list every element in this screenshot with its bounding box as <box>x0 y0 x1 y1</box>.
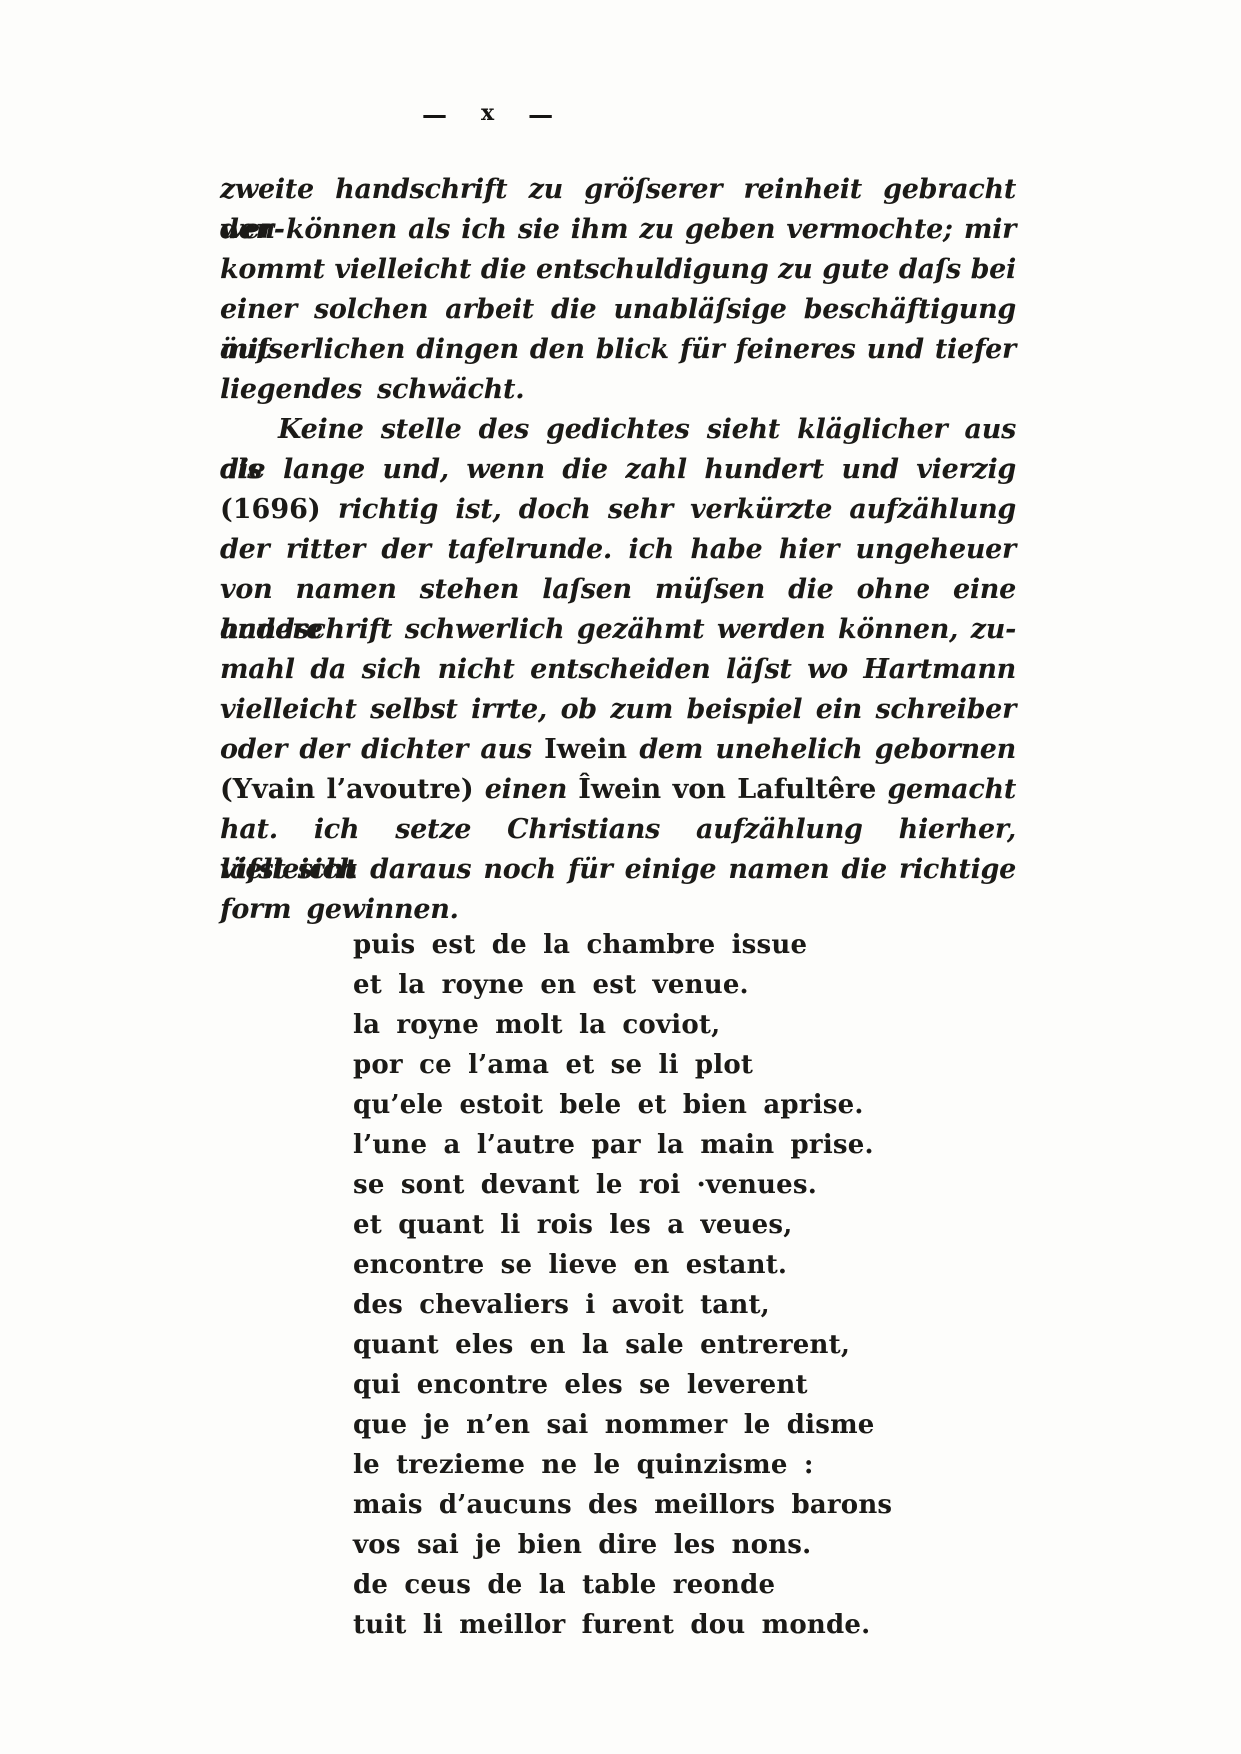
verse-line: et quant li rois les a veues, <box>353 1205 892 1245</box>
verse-line: qui encontre eles se leverent <box>353 1365 892 1405</box>
verse-line: puis est de la chambre issue <box>353 925 892 965</box>
text-line: Keine stelle des gedichtes sieht kläglic… <box>220 410 1016 450</box>
verse-line: des chevaliers i avoit tant, <box>353 1285 892 1325</box>
text-line: kommt vielleicht die entschuldigung zu g… <box>220 250 1016 290</box>
text-line: (Yvain l’avoutre) einen Îwein von Lafult… <box>220 770 1016 810</box>
header-dash-left: — <box>422 100 448 129</box>
verse-line: le trezieme ne le quinzisme : <box>353 1445 892 1485</box>
text-line: läſst sich daraus noch für einige namen … <box>220 850 1016 890</box>
text-line: der ritter der tafelrunde. ich habe hier… <box>220 530 1016 570</box>
text-line: handschrift schwerlich gezähmt werden kö… <box>220 610 1016 650</box>
verse-line: l’une a l’autre par la main prise. <box>353 1125 892 1165</box>
text-line: (1696) richtig ist, doch sehr verkürzte … <box>220 490 1016 530</box>
text-line: die lange und, wenn die zahl hundert und… <box>220 450 1016 490</box>
italic-text-segment: dem unehelich gebornen <box>627 734 1016 765</box>
italic-text-segment: einen <box>474 774 579 805</box>
page-number: x <box>481 100 495 126</box>
german-text-block: zweite handschrift zu gröſserer reinheit… <box>220 170 1016 930</box>
verse-line: qu’ele estoit bele et bien aprise. <box>353 1085 892 1125</box>
verse-line: se sont devant le roi ·venues. <box>353 1165 892 1205</box>
italic-text-segment: äuſserlichen dingen den blick für feiner… <box>220 334 1016 365</box>
german-paragraph-2: Keine stelle des gedichtes sieht kläglic… <box>220 410 1016 930</box>
verse-line: de ceus de la table reonde <box>353 1565 892 1605</box>
verse-line: por ce l’ama et se li plot <box>353 1045 892 1085</box>
text-line: oder der dichter aus Iwein dem unehelich… <box>220 730 1016 770</box>
text-line: vielleicht selbst irrte, ob zum beispiel… <box>220 690 1016 730</box>
text-line: hat. ich setze Christians aufzählung hie… <box>220 810 1016 850</box>
verse-line: la royne molt la coviot, <box>353 1005 892 1045</box>
text-line: einer solchen arbeit die unabläſsige bes… <box>220 290 1016 330</box>
header-dash-right: — <box>528 100 554 129</box>
italic-text-segment: gemacht <box>876 774 1016 805</box>
roman-text-segment: Îwein von Lafultêre <box>578 774 876 805</box>
italic-text-segment: form gewinnen. <box>220 894 459 925</box>
french-verse-block: puis est de la chambre issueet la royne … <box>353 925 892 1645</box>
text-line: zweite handschrift zu gröſserer reinheit… <box>220 170 1016 210</box>
roman-text-segment: (1696) <box>220 494 321 525</box>
italic-text-segment: richtig ist, doch sehr verkürzte aufzähl… <box>321 494 1016 525</box>
roman-text-segment: (Yvain l’avoutre) <box>220 774 474 805</box>
german-paragraph-1: zweite handschrift zu gröſserer reinheit… <box>220 170 1016 410</box>
italic-text-segment: den können als ich sie ihm zu geben verm… <box>220 214 1016 245</box>
italic-text-segment: oder der dichter aus <box>220 734 544 765</box>
page-header: — x — <box>422 100 554 129</box>
italic-text-segment: handschrift schwerlich gezähmt werden kö… <box>220 614 1016 645</box>
book-page: — x — zweite handschrift zu gröſserer re… <box>0 0 1241 1754</box>
italic-text-segment: läſst sich daraus noch für einige namen … <box>220 854 1016 885</box>
italic-text-segment: mahl da sich nicht entscheiden läſst wo … <box>220 654 1016 685</box>
verse-line: encontre se lieve en estant. <box>353 1245 892 1285</box>
verse-line: que je n’en sai nommer le disme <box>353 1405 892 1445</box>
text-line: den können als ich sie ihm zu geben verm… <box>220 210 1016 250</box>
text-line: von namen stehen laſsen müſsen die ohne … <box>220 570 1016 610</box>
roman-text-segment: Iwein <box>544 734 627 765</box>
italic-text-segment: vielleicht selbst irrte, ob zum beispiel… <box>220 694 1016 725</box>
italic-text-segment: kommt vielleicht die entschuldigung zu g… <box>220 254 1016 285</box>
verse-line: vos sai je bien dire les nons. <box>353 1525 892 1565</box>
text-line: form gewinnen. <box>220 890 1016 930</box>
italic-text-segment: der ritter der tafelrunde. ich habe hier… <box>220 534 1016 565</box>
italic-text-segment: liegendes schwächt. <box>220 374 524 405</box>
text-line: äuſserlichen dingen den blick für feiner… <box>220 330 1016 370</box>
text-line: liegendes schwächt. <box>220 370 1016 410</box>
verse-line: et la royne en est venue. <box>353 965 892 1005</box>
verse-line: mais d’aucuns des meillors barons <box>353 1485 892 1525</box>
text-line: mahl da sich nicht entscheiden läſst wo … <box>220 650 1016 690</box>
italic-text-segment: die lange und, wenn die zahl hundert und… <box>220 454 1016 485</box>
verse-line: quant eles en la sale entrerent, <box>353 1325 892 1365</box>
verse-line: tuit li meillor furent dou monde. <box>353 1605 892 1645</box>
